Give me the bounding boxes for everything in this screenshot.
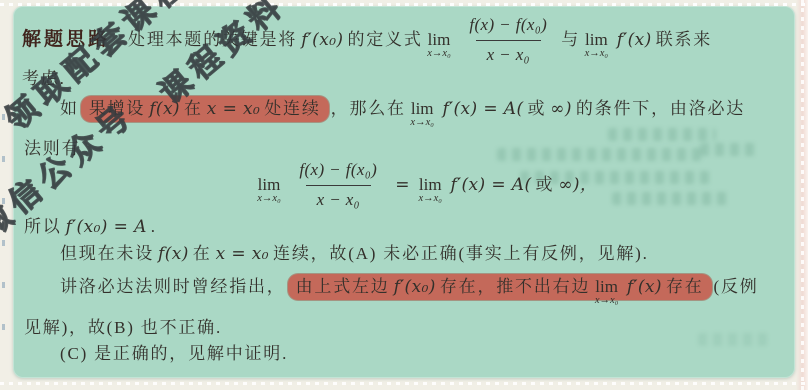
text-fragment: 由上式左边 xyxy=(296,276,390,299)
lim-subscript: x→x₀ xyxy=(427,49,450,60)
lim-subscript: x→x₀ xyxy=(410,118,433,129)
text-fragment: . xyxy=(151,216,157,239)
showthrough-ghost xyxy=(698,333,768,346)
scanned-textbook-page: 领取配套课程资料 微信公众号 课程资料 解题思路 处理本题的关键是将 f′(x₀… xyxy=(0,0,808,390)
lim-symbol: lim xyxy=(595,277,618,296)
math-fragment: f′(x₀) = A xyxy=(66,216,147,239)
limit-operator: limx→x₀ xyxy=(411,98,434,121)
text-fragment: 存在 xyxy=(666,276,704,299)
limit-operator: limx→x₀ xyxy=(419,174,442,197)
text-fragment: 联系来 xyxy=(656,29,712,52)
limit-operator: limx→x₀ xyxy=(258,174,281,197)
assumption-line: 如 果增设 f(x) 在 x = x₀ 处连续 ，那么在 limx→x₀ f′(… xyxy=(60,94,745,124)
text-fragment: 或 xyxy=(527,98,546,121)
option-c-line: (C) 是正确的，见解中证明. xyxy=(60,343,288,366)
conclusion-line: 所以 f′(x₀) = A . xyxy=(24,216,157,239)
scan-dotted-edge-bottom xyxy=(0,382,808,385)
math-fragment: f′(x) = A( xyxy=(443,98,524,121)
lim-symbol: lim xyxy=(585,30,608,49)
math-fragment: f′(x₀) xyxy=(394,276,436,299)
limit-operator: limx→x₀ xyxy=(595,276,618,299)
lim-subscript: x→x₀ xyxy=(257,194,280,205)
fraction-denominator: x − x₀ xyxy=(306,185,371,212)
math-fragment: f′(x) xyxy=(627,276,662,299)
lim-symbol: lim xyxy=(419,175,442,194)
text-fragment: 见解)，故(B) 也不正确. xyxy=(24,317,222,340)
fraction-numerator: f(x) − f(x₀) xyxy=(290,159,386,185)
math-fragment: f′(x) xyxy=(617,29,652,52)
limit-operator: limx→x₀ xyxy=(585,29,608,52)
text-fragment: (C) 是正确的，见解中证明. xyxy=(60,343,288,366)
math-fragment: f′(x₀) xyxy=(301,29,343,52)
text-fragment: 讲洛必达法则时曾经指出， xyxy=(60,276,286,299)
red-highlight-pill: 由上式左边 f′(x₀) 存在，推不出右边 limx→x₀ f′(x) 存在 xyxy=(288,274,712,301)
display-formula: limx→x₀ f(x) − f(x₀)x − x₀ = limx→x₀ f′(… xyxy=(0,158,808,212)
text-fragment: 的条件下，由洛必达 xyxy=(576,98,745,121)
showthrough-ghost xyxy=(608,128,716,141)
equals-sign: = xyxy=(395,174,410,197)
math-fragment: f′(x) = A( xyxy=(451,174,532,197)
text-fragment: 或 xyxy=(536,174,555,197)
lim-symbol: lim xyxy=(258,175,281,194)
math-fragment: ∞) xyxy=(550,98,572,121)
math-fragment: x = x₀ xyxy=(207,98,260,121)
lim-symbol: lim xyxy=(411,99,434,118)
lim-subscript: x→x₀ xyxy=(595,296,618,307)
text-fragment: 在 xyxy=(193,243,212,266)
difference-quotient-fraction: f(x) − f(x₀)x − x₀ xyxy=(290,159,386,212)
fraction-numerator: f(x) − f(x₀) xyxy=(460,14,556,40)
text-fragment: 与 xyxy=(561,29,580,52)
text-fragment: 但现在未设 xyxy=(60,243,154,266)
fraction-denominator: x − x₀ xyxy=(476,40,541,67)
text-fragment: ，那么在 xyxy=(331,98,406,121)
math-fragment: f(x) xyxy=(158,243,189,266)
option-b-line-continued: 见解)，故(B) 也不正确. xyxy=(24,317,222,340)
scan-dotted-edge-right xyxy=(801,0,804,390)
showthrough-ghost xyxy=(700,143,758,156)
lim-symbol: lim xyxy=(428,30,451,49)
option-a-line: 但现在未设 f(x) 在 x = x₀ 连续，故(A) 未必正确(事实上有反例，… xyxy=(60,243,649,266)
text-fragment: (反例 xyxy=(714,276,759,299)
text-fragment: 存在，推不出右边 xyxy=(440,276,590,299)
text-fragment: 所以 xyxy=(24,216,62,239)
limit-operator: limx→x₀ xyxy=(428,29,451,52)
text-fragment: 处连续 xyxy=(264,98,320,121)
option-b-line: 讲洛必达法则时曾经指出， 由上式左边 f′(x₀) 存在，推不出右边 limx→… xyxy=(60,271,759,303)
difference-quotient-fraction: f(x) − f(x₀)x − x₀ xyxy=(460,14,556,67)
math-fragment: x = x₀ xyxy=(216,243,269,266)
text-fragment: 的定义式 xyxy=(347,29,422,52)
lim-subscript: x→x₀ xyxy=(585,49,608,60)
math-fragment: ∞)， xyxy=(558,174,597,197)
lim-subscript: x→x₀ xyxy=(418,194,441,205)
text-fragment: 连续，故(A) 未必正确(事实上有反例，见解). xyxy=(273,243,649,266)
